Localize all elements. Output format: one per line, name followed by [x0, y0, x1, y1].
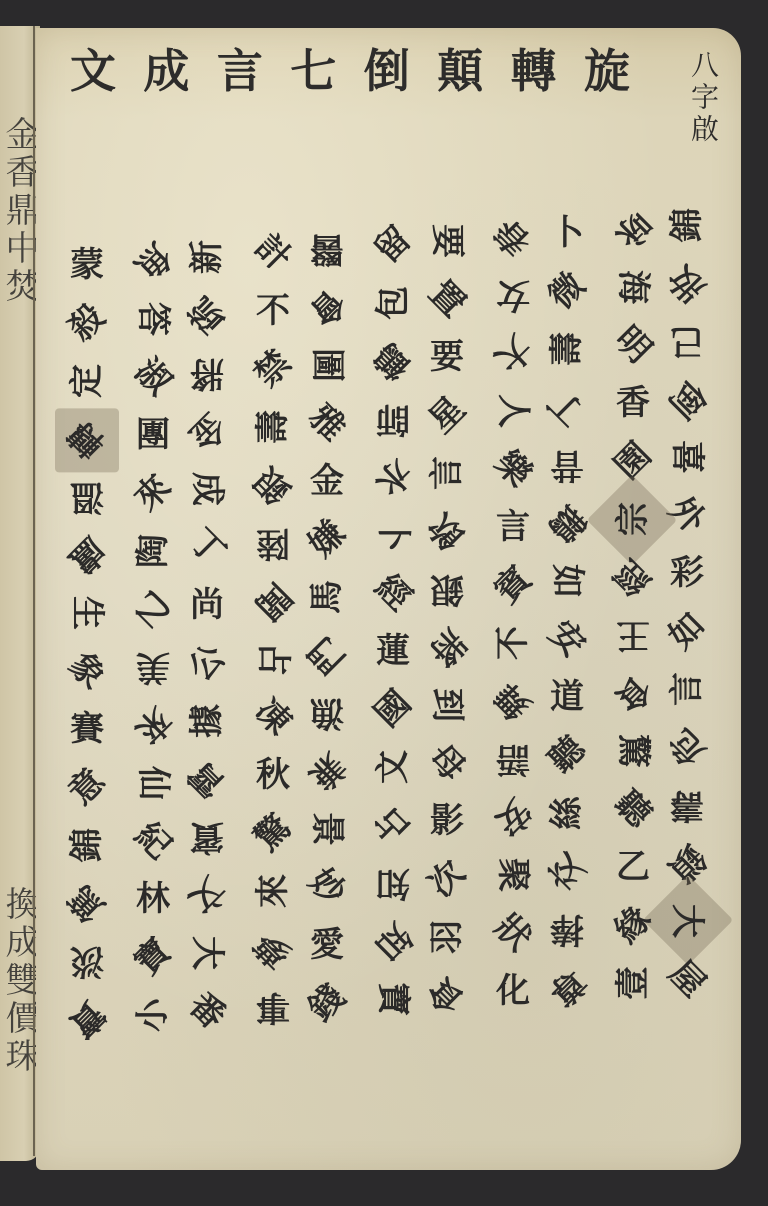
character: 疏: [170, 278, 244, 352]
character: 淡: [60, 936, 114, 986]
character: 水: [356, 440, 430, 514]
character: 羽: [422, 910, 472, 964]
character: 門: [290, 618, 364, 692]
character: 壹: [608, 956, 658, 1010]
character: 會: [290, 270, 364, 344]
character: 乙: [606, 842, 660, 892]
character: 金: [170, 394, 244, 468]
character: 明: [596, 308, 670, 382]
character: 圖: [302, 338, 352, 392]
character: 要: [420, 332, 474, 382]
character: 不: [488, 616, 538, 670]
character: 溫: [60, 472, 114, 522]
character: 聽: [596, 772, 670, 846]
character: 言: [422, 446, 472, 500]
character: 狀: [476, 896, 550, 970]
text-column: 新疏將金成丁尚公據霄賓文大番: [180, 232, 234, 1052]
character: 緣: [596, 888, 670, 962]
character: 安: [476, 780, 550, 854]
character: 陸: [246, 518, 300, 568]
character: 知: [366, 858, 420, 908]
character: 壽: [542, 322, 592, 376]
character: 將: [180, 348, 234, 398]
character: 錦: [662, 198, 712, 252]
character: 師: [366, 394, 420, 444]
text-column: 卜微壽丁昔鵝如安道聽絲交捧尊: [540, 208, 594, 1028]
character: 鶴: [356, 324, 430, 398]
character: 盧: [50, 518, 124, 592]
text-column: 春女大人樂言賓不舞語安聚狀化: [486, 212, 540, 1032]
text-column: 咏海明香園宗經王食驚聽乙緣壹: [606, 204, 660, 1024]
character: 占: [356, 788, 430, 862]
character: 經: [596, 540, 670, 614]
character: 定: [62, 354, 112, 408]
text-column: 醫會圖雅金嫌馬門漁兼景妙愛錢: [300, 224, 354, 1044]
character: 微: [530, 254, 604, 328]
character: 美: [126, 642, 180, 692]
character: 安: [530, 602, 604, 676]
character: 經: [356, 556, 430, 630]
character: 金: [300, 456, 354, 506]
character: 大: [476, 316, 550, 390]
side-note: 八字啟: [680, 50, 720, 146]
character: 驚: [236, 796, 310, 870]
character: 陶: [128, 524, 178, 578]
character: 女: [486, 270, 540, 320]
character: 錢: [290, 966, 364, 1040]
text-column: 計不禁壽銀陸聞占凍秋驚來夢事: [246, 228, 300, 1048]
character: 道: [540, 672, 594, 722]
character: 漁: [300, 688, 354, 738]
character: 知: [356, 904, 430, 978]
character: 賓: [180, 812, 234, 862]
character: 鵝: [530, 486, 604, 560]
character: 捧: [540, 904, 594, 954]
character: 影: [420, 796, 474, 846]
character: 寶: [368, 972, 418, 1026]
character: 凍: [236, 680, 310, 754]
character: 喜: [662, 430, 712, 484]
character: 霄: [170, 742, 244, 816]
left-page-column-1: 金香鼎中焚: [2, 116, 36, 306]
character: 要: [422, 214, 472, 268]
character: 交: [530, 834, 604, 908]
character: 禁: [236, 332, 310, 406]
character: 嫌: [290, 502, 364, 576]
character: 尊: [530, 950, 604, 1024]
character: 蒙: [60, 240, 114, 290]
character: 文: [368, 740, 418, 794]
character: 林: [126, 874, 180, 924]
character: 淑: [116, 340, 190, 414]
character: 賽: [60, 704, 114, 754]
character: 大: [182, 926, 232, 980]
character: 言: [486, 502, 540, 552]
character: 化: [486, 966, 540, 1016]
character: 答: [128, 292, 178, 346]
character: 愛: [300, 920, 354, 970]
character: 錦: [62, 818, 112, 872]
character: 殺: [50, 286, 124, 360]
text-column: 錦妝己倒喜外彩如言危壽鎖大屋: [660, 200, 714, 1020]
character: 成: [182, 462, 232, 516]
character: 彩: [660, 548, 714, 598]
character: 雅: [290, 386, 364, 460]
character: 置: [410, 262, 484, 336]
character: 香: [606, 378, 660, 428]
character: 馬: [302, 570, 352, 624]
character: 咏: [596, 192, 670, 266]
title-char: 旋: [584, 35, 630, 101]
character: 夢: [236, 912, 310, 986]
character: 新: [182, 230, 232, 284]
character: 來: [248, 864, 298, 918]
character: 聽: [530, 718, 604, 792]
character: 己: [660, 316, 714, 366]
character: 寶: [116, 920, 190, 994]
character: 來: [116, 456, 190, 530]
character: 留: [356, 208, 430, 282]
character: 公: [170, 626, 244, 700]
text-column: 魚答淑團來陶乙美來仙紀林寶小: [126, 236, 180, 1056]
character: 壽: [660, 780, 714, 830]
character: 乙: [116, 572, 190, 646]
character: 生: [62, 586, 112, 640]
character: 寶: [50, 982, 124, 1056]
character: 文: [170, 858, 244, 932]
character: 丁: [170, 510, 244, 584]
character: 據: [182, 694, 232, 748]
character: 妙: [290, 850, 364, 924]
character: 春: [476, 200, 550, 274]
character: 妝: [650, 246, 724, 320]
character: 事: [246, 982, 300, 1032]
character: 蓮: [366, 626, 420, 676]
character: 醫: [300, 224, 354, 274]
character: 危: [650, 710, 724, 784]
character: 昔: [540, 440, 594, 490]
character: 宗: [608, 492, 658, 546]
character: 銀: [236, 448, 310, 522]
character: 紀: [116, 804, 190, 878]
character: 團: [126, 410, 180, 460]
character: 仙: [128, 756, 178, 810]
character: 大: [662, 894, 712, 948]
character: 象: [50, 634, 124, 708]
character: 聚: [488, 848, 538, 902]
character: 景: [302, 802, 352, 856]
character: 星: [410, 378, 484, 452]
character: 來: [116, 688, 190, 762]
character: 言: [662, 662, 712, 716]
character: 舞: [476, 664, 550, 738]
character: 計: [236, 216, 310, 290]
character: 母: [410, 726, 484, 800]
character: 聞: [236, 564, 310, 638]
character: 國: [356, 672, 430, 746]
character: 如: [542, 554, 592, 608]
character: 倒: [650, 362, 724, 436]
character: 王: [606, 610, 660, 660]
character: 番: [170, 974, 244, 1048]
rotated-text-grid: 錦妝己倒喜外彩如言危壽鎖大屋咏海明香園宗經王食驚聽乙緣壹卜微壽丁昔鵝如安道聽絲交…: [60, 200, 720, 1020]
title-char: 言: [217, 35, 263, 101]
character: 食: [410, 958, 484, 1032]
text-column: 要置要星言飲銀將到母影次羽食: [420, 216, 474, 1036]
text-column: 蒙殺定轉溫盧生象賽意錦篤淡寶: [60, 240, 114, 1060]
title-char: 倒: [364, 35, 410, 101]
title-char: 轉: [511, 35, 557, 101]
character: 不: [246, 286, 300, 336]
character: 魚: [116, 224, 190, 298]
character: 語: [486, 734, 540, 784]
page-title: 文 成 言 七 倒 顛 轉 旋: [70, 36, 630, 100]
title-char: 文: [70, 35, 116, 101]
character: 占: [248, 632, 298, 686]
text-column: 留包鶴師水卜經蓮國文占知知寶: [366, 220, 420, 1040]
character: 包: [368, 276, 418, 330]
character: 人: [488, 384, 538, 438]
character: 丁: [530, 370, 604, 444]
character: 秋: [246, 750, 300, 800]
character: 次: [410, 842, 484, 916]
title-char: 顛: [437, 35, 483, 101]
character: 驚: [608, 724, 658, 778]
character: 飲: [410, 494, 484, 568]
book-gutter: [33, 26, 35, 1156]
character: 兼: [290, 734, 364, 808]
character: 小: [128, 988, 178, 1042]
character: 銀: [420, 564, 474, 614]
character: 絲: [542, 786, 592, 840]
title-char: 七: [290, 35, 336, 101]
character: 屋: [650, 942, 724, 1016]
character: 食: [596, 656, 670, 730]
character: 壽: [248, 400, 298, 454]
left-page-column-2: 換成雙價珠: [2, 886, 36, 1076]
character: 到: [422, 678, 472, 732]
character: 尚: [180, 580, 234, 630]
character: 樂: [476, 432, 550, 506]
character: 如: [650, 594, 724, 668]
character: 意: [50, 750, 124, 824]
character: 篤: [50, 866, 124, 940]
character: 轉: [50, 402, 124, 476]
character: 將: [410, 610, 484, 684]
character: 賓: [476, 548, 550, 622]
title-char: 成: [143, 35, 189, 101]
character: 海: [608, 260, 658, 314]
character: 卜: [368, 508, 418, 562]
character: 卜: [540, 208, 594, 258]
